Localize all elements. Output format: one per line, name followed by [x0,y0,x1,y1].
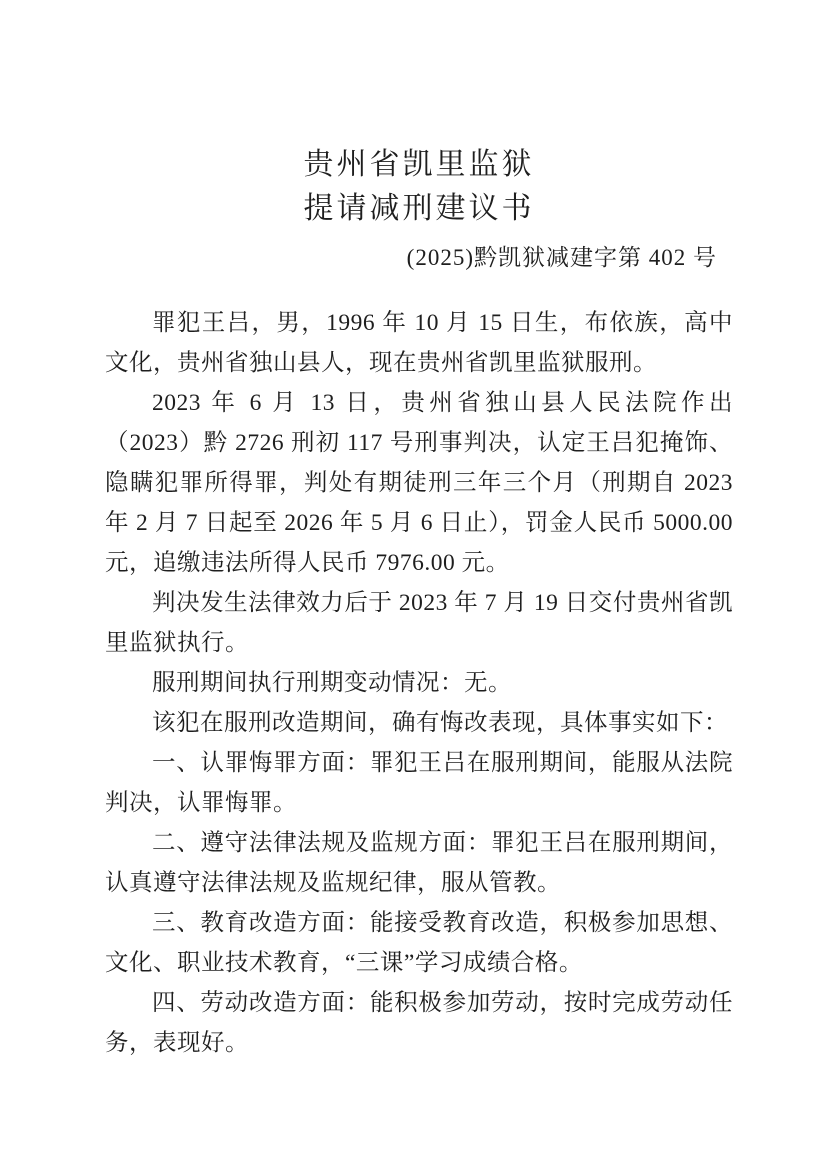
paragraph-item-1-guilt: 一、认罪悔罪方面：罪犯王吕在服刑期间，能服从法院判决，认罪悔罪。 [105,743,733,823]
document-body: 罪犯王吕，男，1996 年 10 月 15 日生，布依族，高中文化，贵州省独山县… [105,303,733,1063]
paragraph-delivery: 判决发生法律效力后于 2023 年 7 月 19 日交付贵州省凯里监狱执行。 [105,583,733,663]
doc-title: 提请减刑建议书 [105,187,733,231]
document-title-block: 贵州省凯里监狱 提请减刑建议书 [105,143,733,231]
paragraph-judgment: 2023 年 6 月 13 日，贵州省独山县人民法院作出（2023）黔 2726… [105,383,733,583]
paragraph-item-4-labor: 四、劳动改造方面：能积极参加劳动，按时完成劳动任务，表现好。 [105,983,733,1063]
doc-number: (2025)黔凯狱减建字第 402 号 [105,243,733,273]
paragraph-item-3-education: 三、教育改造方面：能接受教育改造，积极参加思想、文化、职业技术教育，“三课”学习… [105,903,733,983]
document-content: 贵州省凯里监狱 提请减刑建议书 (2025)黔凯狱减建字第 402 号 罪犯王吕… [0,0,827,1063]
document-page: 贵州省凯里监狱 提请减刑建议书 (2025)黔凯狱减建字第 402 号 罪犯王吕… [0,0,827,1169]
paragraph-item-2-discipline: 二、遵守法律法规及监规方面：罪犯王吕在服刑期间，认真遵守法律法规及监规纪律，服从… [105,823,733,903]
paragraph-repentance-intro: 该犯在服刑改造期间，确有悔改表现，具体事实如下： [105,703,733,743]
paragraph-offender-info: 罪犯王吕，男，1996 年 10 月 15 日生，布依族，高中文化，贵州省独山县… [105,303,733,383]
paragraph-term-change: 服刑期间执行刑期变动情况：无。 [105,663,733,703]
org-name: 贵州省凯里监狱 [105,143,733,187]
